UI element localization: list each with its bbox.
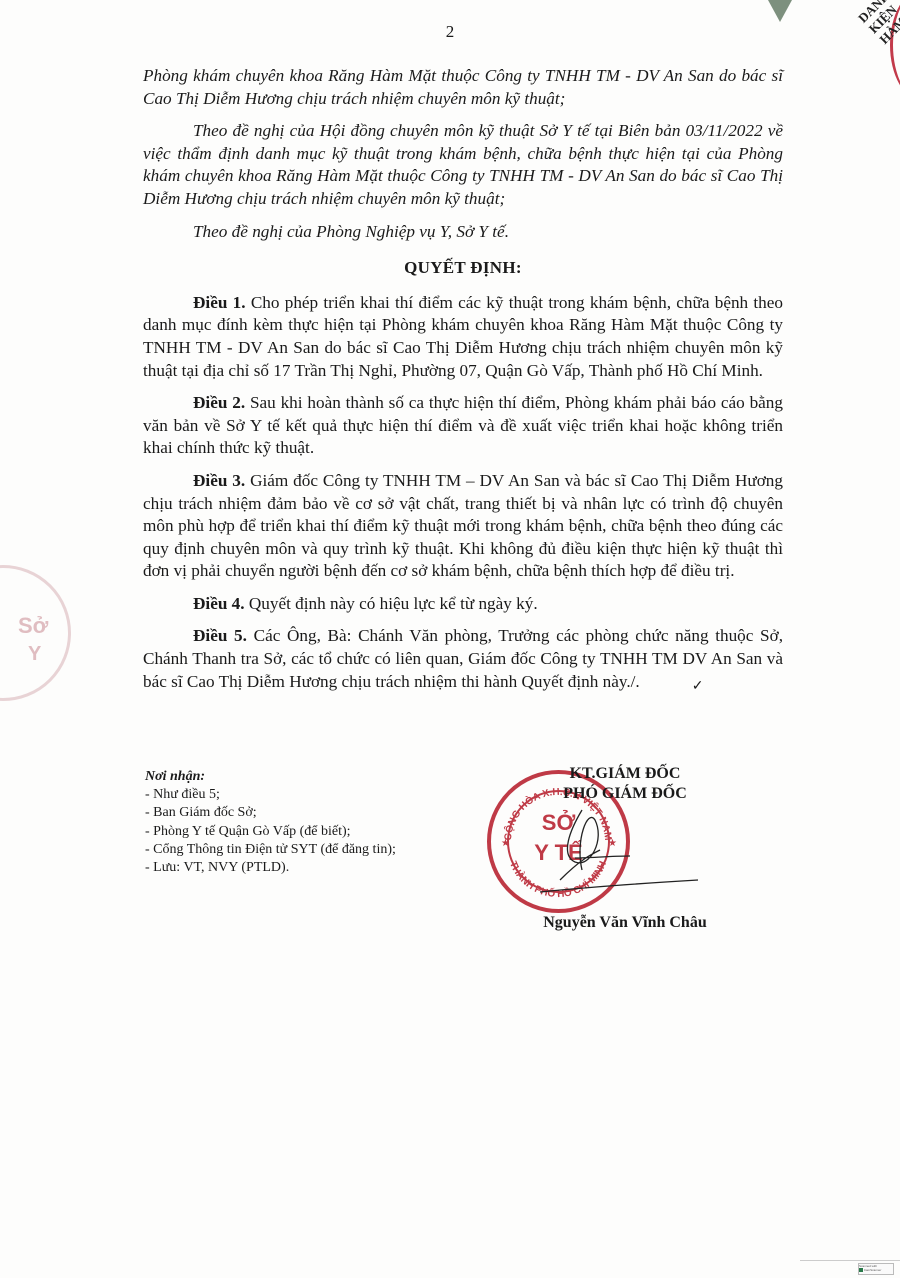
article-label: Điều 5.: [193, 626, 247, 645]
article-label: Điều 1.: [193, 293, 246, 312]
article-label: Điều 3.: [193, 471, 245, 490]
document-body: Phòng khám chuyên khoa Răng Hàm Mặt thuộ…: [143, 65, 783, 705]
signer-name: Nguyễn Văn Vĩnh Châu: [500, 914, 750, 932]
article-text: Quyết định này có hiệu lực kể từ ngày ký…: [245, 594, 538, 613]
preamble-paragraph: Theo đề nghị của Phòng Nghiệp vụ Y, Sở Y…: [143, 221, 783, 244]
initial-mark-icon: ✓: [642, 676, 704, 699]
signature-block: KT.GIÁM ĐỐC PHÓ GIÁM ĐỐC Nguyễn Văn Vĩnh…: [500, 764, 750, 804]
recipient-item: - Lưu: VT, NVY (PTLD).: [145, 859, 396, 877]
signature-title-1: KT.GIÁM ĐỐC: [500, 764, 750, 784]
page-number: 2: [0, 22, 900, 42]
scanner-watermark: Scanned with CamScanner: [858, 1263, 894, 1275]
recipient-item: - Ban Giám đốc Sở;: [145, 804, 396, 822]
article-3: Điều 3. Giám đốc Công ty TNHH TM – DV An…: [143, 470, 783, 583]
decision-title: QUYẾT ĐỊNH:: [143, 257, 783, 280]
recipient-item: - Cổng Thông tin Điện tử SYT (để đăng ti…: [145, 841, 396, 859]
handwritten-signature-icon: [520, 800, 700, 900]
faded-seal-left: Sở Y: [0, 565, 71, 701]
recipient-item: - Phòng Y tế Quận Gò Vấp (để biết);: [145, 823, 396, 841]
preamble-paragraph: Phòng khám chuyên khoa Răng Hàm Mặt thuộ…: [143, 65, 783, 110]
article-label: Điều 2.: [193, 393, 245, 412]
recipients-title: Nơi nhận:: [145, 768, 396, 786]
preamble-paragraph: Theo đề nghị của Hội đồng chuyên môn kỹ …: [143, 120, 783, 210]
recipient-item: - Như điều 5;: [145, 786, 396, 804]
article-2: Điều 2. Sau khi hoàn thành số ca thực hi…: [143, 392, 783, 460]
article-5: Điều 5. Các Ông, Bà: Chánh Văn phòng, Tr…: [143, 625, 783, 695]
page-fold-mark: [768, 0, 792, 22]
article-1: Điều 1. Cho phép triển khai thí điểm các…: [143, 292, 783, 382]
article-label: Điều 4.: [193, 594, 245, 613]
divider: [800, 1260, 900, 1261]
camscanner-logo-icon: [859, 1268, 863, 1272]
article-4: Điều 4. Quyết định này có hiệu lực kể từ…: [143, 593, 783, 616]
recipients-block: Nơi nhận: - Như điều 5; - Ban Giám đốc S…: [145, 768, 396, 877]
